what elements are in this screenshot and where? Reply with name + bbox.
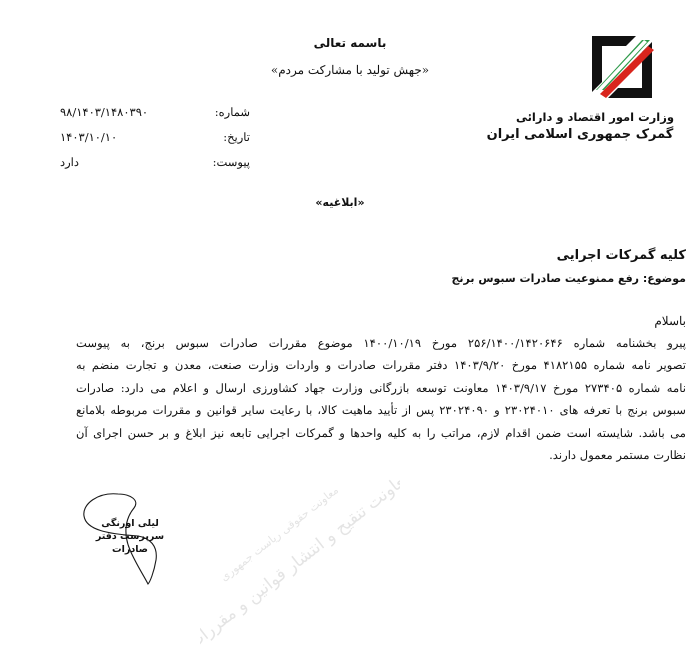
signatory-block: لیلی اورنگی سرپرست دفتر صادرات xyxy=(90,517,170,556)
attachment-value: دارد xyxy=(60,155,192,173)
letter-date-value: ۱۴۰۳/۱۰/۱۰ xyxy=(60,130,192,148)
announcement-title: «ابلاغیه» xyxy=(290,196,390,209)
ministry-name: وزارت امور اقتصاد و دارائی xyxy=(500,109,690,125)
body-line: نامه شماره ۲۷۳۴۰۵ مورخ ۱۴۰۳/۹/۱۷ معاونت … xyxy=(76,377,686,399)
letter-date-label: تاریخ: xyxy=(192,130,250,148)
watermark-line-1: معاونت حقوقی ریاست جمهوری xyxy=(218,483,341,583)
signatory-name: لیلی اورنگی xyxy=(90,517,170,530)
basmala-heading: باسمه تعالی xyxy=(250,36,450,50)
letter-number-row: شماره: ۹۸/۱۴۰۳/۱۴۸۰۳۹۰ xyxy=(60,105,250,123)
watermark-line-2: معاونت تنقیح و انتشار قوانین و مقررات xyxy=(200,470,400,650)
body-line: تصویر نامه شماره ۴۱۸۲۱۵۵ مورخ ۱۴۰۳/۹/۲۰ … xyxy=(76,354,686,376)
letter-number-value: ۹۸/۱۴۰۳/۱۴۸۰۳۹۰ xyxy=(60,105,192,123)
letter-body: پیرو بخشنامه شماره ۲۵۶/۱۴۰۰/۱۴۲۰۶۴۶ مورخ… xyxy=(76,332,686,466)
recipient: کلیه گمرکات اجرایی xyxy=(380,248,686,263)
letter-number-label: شماره: xyxy=(192,105,250,123)
body-line: نظارت مستمر معمول دارند. xyxy=(76,444,686,466)
organization-block: وزارت امور اقتصاد و دارائی گمرک جمهوری ا… xyxy=(470,109,690,145)
attachment-row: پیوست: دارد xyxy=(60,155,250,173)
body-line: می باشد. شایسته است ضمن اقدام لازم، مرات… xyxy=(76,422,686,444)
attachment-label: پیوست: xyxy=(192,155,250,173)
subject-line: موضوع: رفع ممنوعیت صادرات سبوس برنج xyxy=(380,272,686,285)
body-line: پیرو بخشنامه شماره ۲۵۶/۱۴۰۰/۱۴۲۰۶۴۶ مورخ… xyxy=(76,332,686,354)
signatory-title: سرپرست دفتر صادرات xyxy=(90,530,170,556)
year-slogan: «جهش تولید با مشارکت مردم» xyxy=(230,63,470,77)
greeting: باسلام xyxy=(500,314,686,328)
letter-date-row: تاریخ: ۱۴۰۳/۱۰/۱۰ xyxy=(60,130,250,148)
watermark: معاونت حقوقی ریاست جمهوری معاونت تنقیح و… xyxy=(200,470,400,650)
iran-customs-logo-icon xyxy=(586,32,658,102)
organization-name: گمرک جمهوری اسلامی ایران xyxy=(470,125,690,145)
body-line: سبوس برنج با تعرفه های ۲۳۰۲۴۰۱۰ و ۲۳۰۲۴۰… xyxy=(76,399,686,421)
